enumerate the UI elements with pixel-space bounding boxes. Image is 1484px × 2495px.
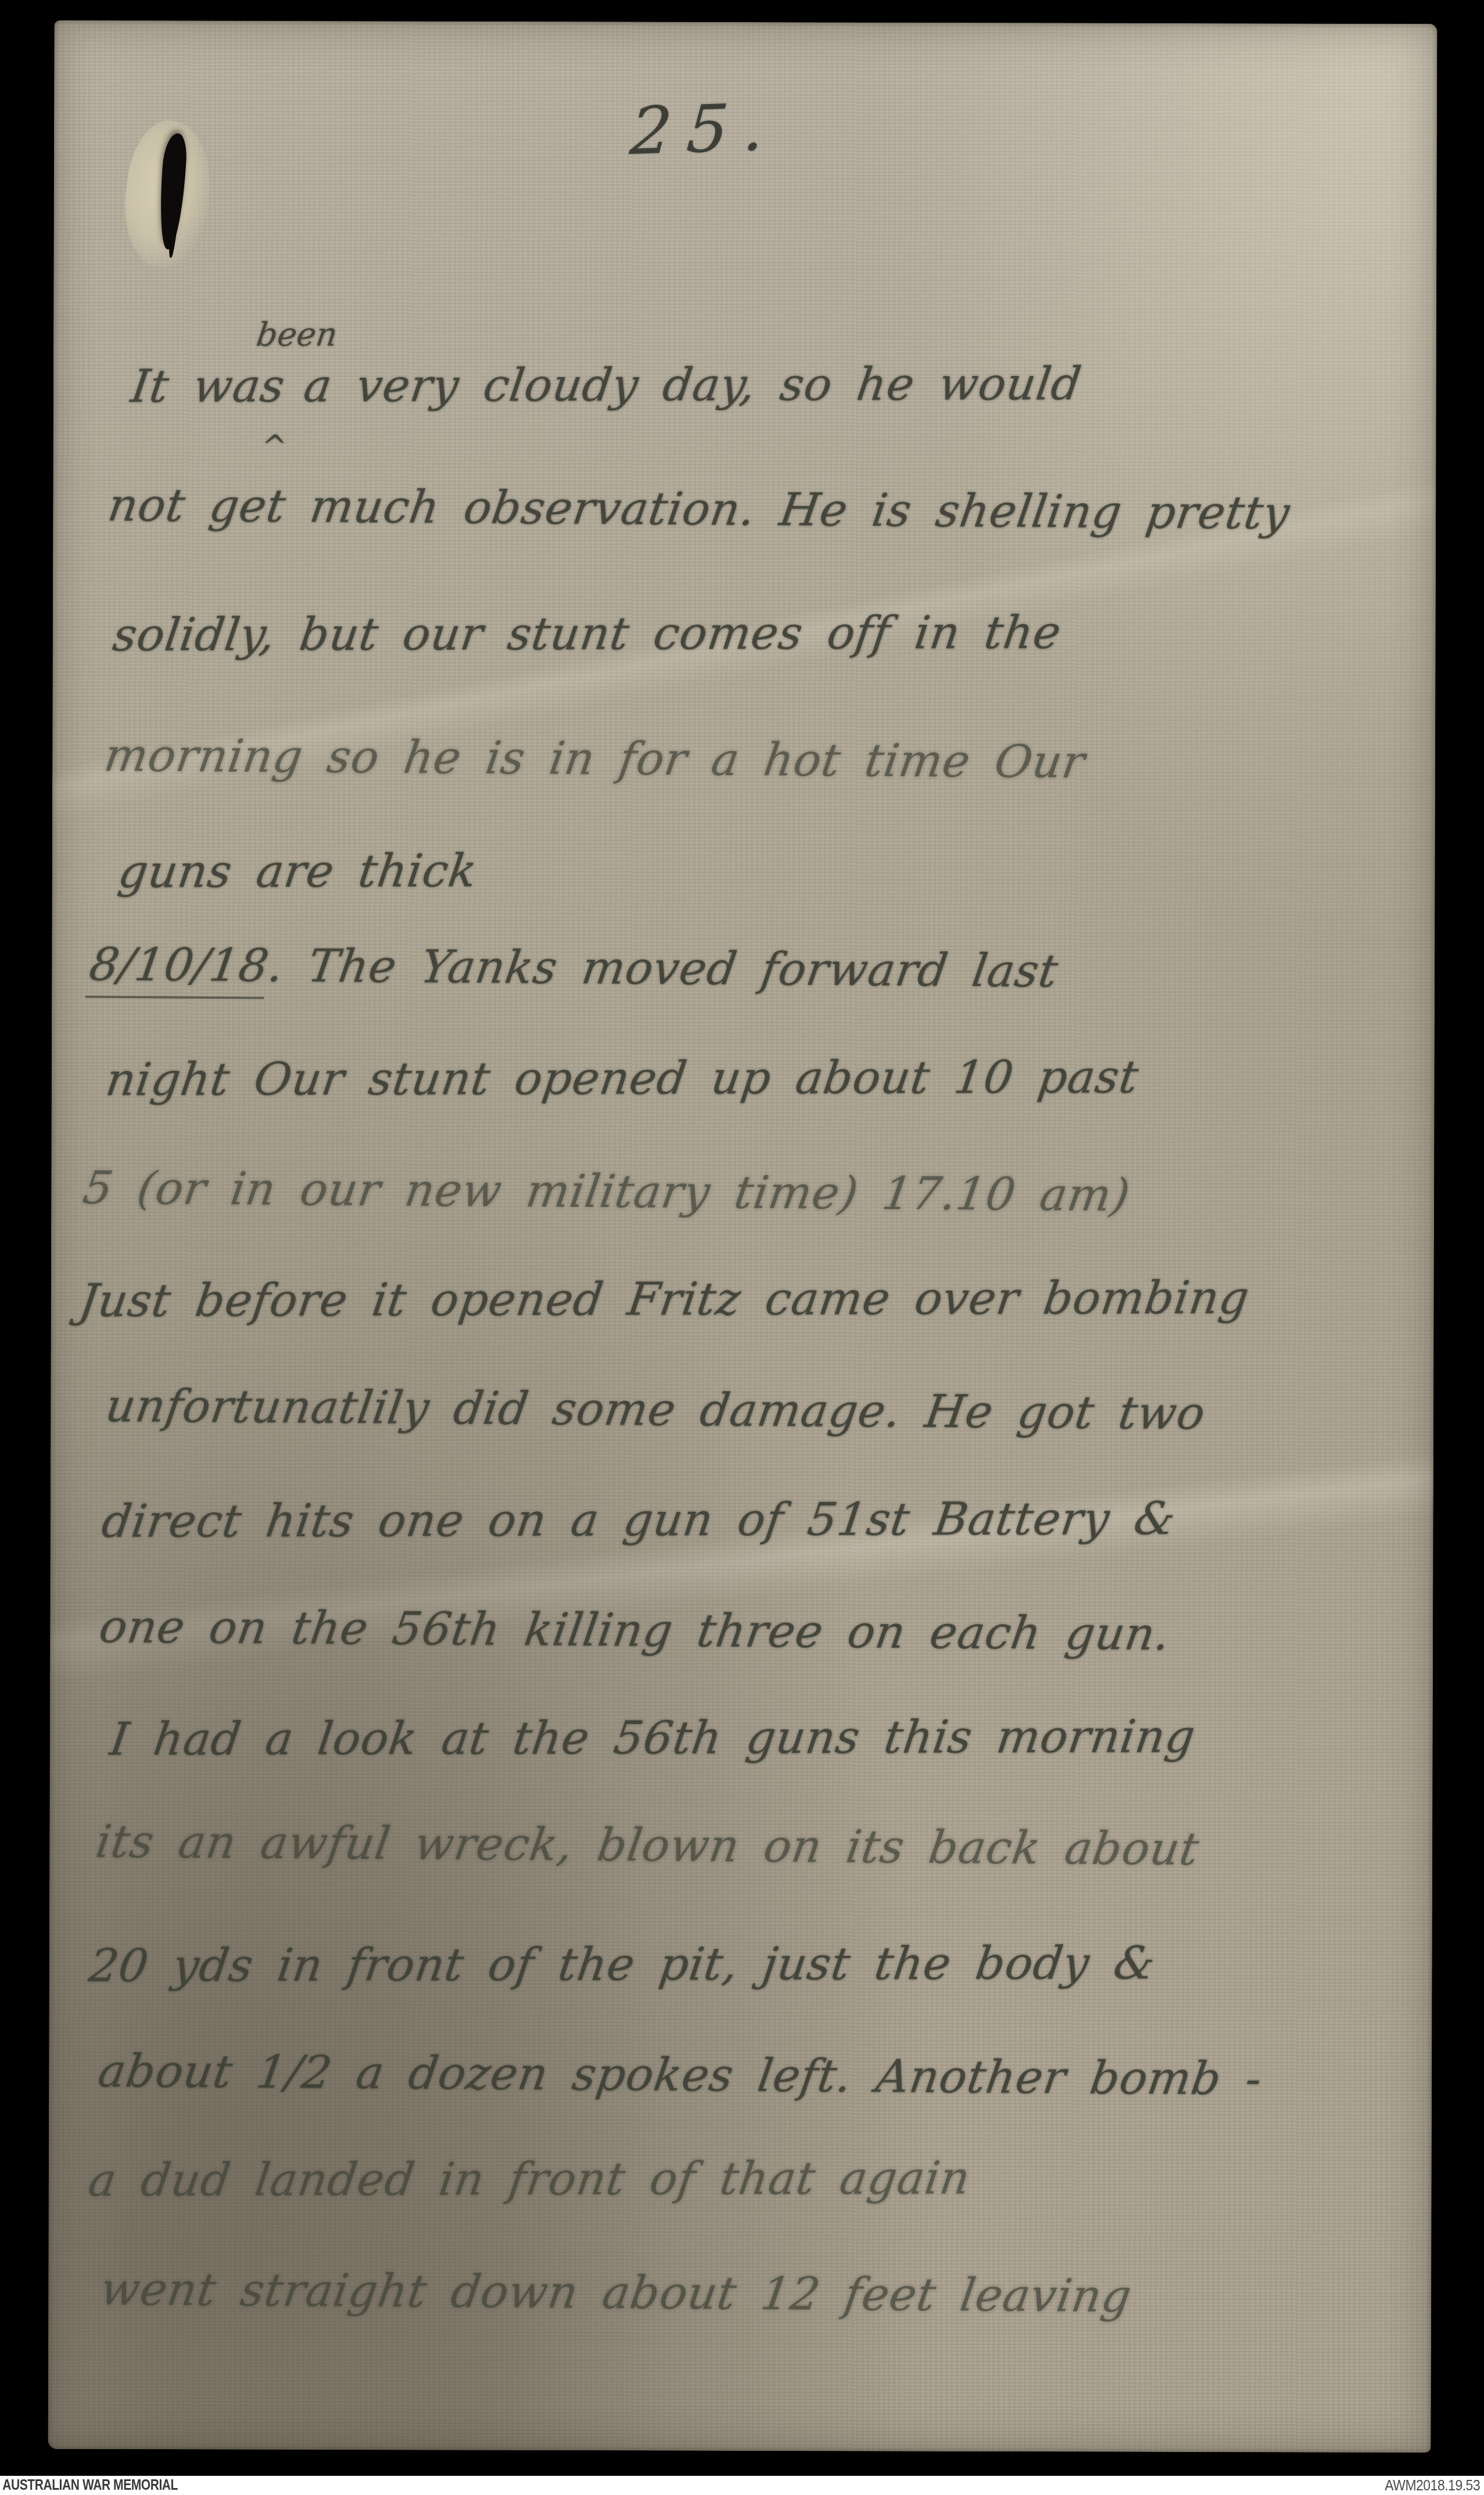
line-text: guns are thick [115, 845, 480, 898]
handwriting-line-15: 20 yds in front of the pit, just the bod… [87, 1941, 1159, 1989]
line-text: I had a look at the 56th guns this morni… [107, 1711, 1199, 1766]
line-text: morning so he is in for a hot time Our [101, 729, 1088, 788]
line-text: went straight down about 12 feet leaving [97, 2263, 1135, 2322]
handwriting-line-12: one on the 56th killing three on each gu… [96, 1604, 1173, 1657]
line-text: . The Yanks moved forward last [265, 940, 1062, 998]
handwriting-line-4: morning so he is in for a hot time Our [102, 733, 1088, 785]
line-text: It was [128, 360, 288, 413]
line-text: 20 yds in front of the pit, just the bod… [86, 1937, 1159, 1992]
handwriting-line-5: guns are thick [116, 848, 480, 895]
entry-date: 8/10/18 [85, 938, 273, 999]
handwriting-line-13: I had a look at the 56th guns this morni… [107, 1714, 1198, 1762]
footer-bar: AUSTRALIAN WAR MEMORIAL AWM2018.19.53 [0, 2476, 1484, 2495]
handwriting-line-3: solidly, but our stunt comes off in the [110, 610, 1064, 658]
line-text: about 1/2 a dozen spokes left. Another b… [95, 2045, 1266, 2106]
line-text: Just before it opened Fritz came over bo… [76, 1272, 1253, 1327]
handwriting-line-17: a dud landed in front of that again [86, 2156, 973, 2203]
archive-name: AUSTRALIAN WAR MEMORIAL [0, 2477, 178, 2494]
line-text: 5 (or in our new military time) 17.10 am… [80, 1162, 1134, 1222]
archive-id: AWM2018.19.53 [1385, 2476, 1484, 2494]
diary-page: 25. It wasbeen^a very cloudy day, so he … [48, 20, 1438, 2453]
handwriting-line-14: its an awful wreck, blown on its back ab… [93, 1819, 1202, 1872]
handwriting-line-2: not get much observation. He is shelling… [105, 483, 1293, 536]
handwriting-line-10: unfortunatlily did some damage. He got t… [103, 1383, 1208, 1436]
insertion-text: been [254, 319, 339, 352]
handwriting-line-8: 5 (or in our new military time) 17.10 am… [80, 1166, 1133, 1218]
line-text: one on the 56th killing three on each gu… [96, 1601, 1174, 1661]
line-text: not get much observation. He is shelling… [105, 479, 1293, 540]
line-text: direct hits one on a gun of 51st Battery… [99, 1493, 1179, 1548]
line-text: night Our stunt opened up about 10 past [103, 1051, 1142, 1106]
line-text: a dud landed in front of that again [85, 2152, 974, 2207]
handwriting-line-9: Just before it opened Fritz came over bo… [77, 1275, 1252, 1324]
line-text: solidly, but our stunt comes off in the [110, 607, 1064, 661]
handwriting-line-7: night Our stunt opened up about 10 past [103, 1055, 1142, 1103]
handwriting-line-6: 8/10/18. The Yanks moved forward last [87, 942, 1061, 994]
line-text: its an awful wreck, blown on its back ab… [92, 1816, 1202, 1876]
insertion-caret: ^ [259, 432, 289, 462]
scanned-document: 25. It wasbeen^a very cloudy day, so he … [0, 0, 1484, 2495]
line-text: unfortunatlily did some damage. He got t… [102, 1380, 1209, 1440]
line-text: a very cloudy day, so he would [300, 358, 1084, 412]
handwriting-line-1: It wasbeen^a very cloudy day, so he woul… [128, 361, 1084, 409]
handwriting-line-18: went straight down about 12 feet leaving [98, 2267, 1135, 2319]
handwriting-line-11: direct hits one on a gun of 51st Battery… [99, 1496, 1179, 1544]
handwriting-block: It wasbeen^a very cloudy day, so he woul… [48, 20, 1438, 2453]
handwriting-line-16: about 1/2 a dozen spokes left. Another b… [95, 2049, 1265, 2102]
